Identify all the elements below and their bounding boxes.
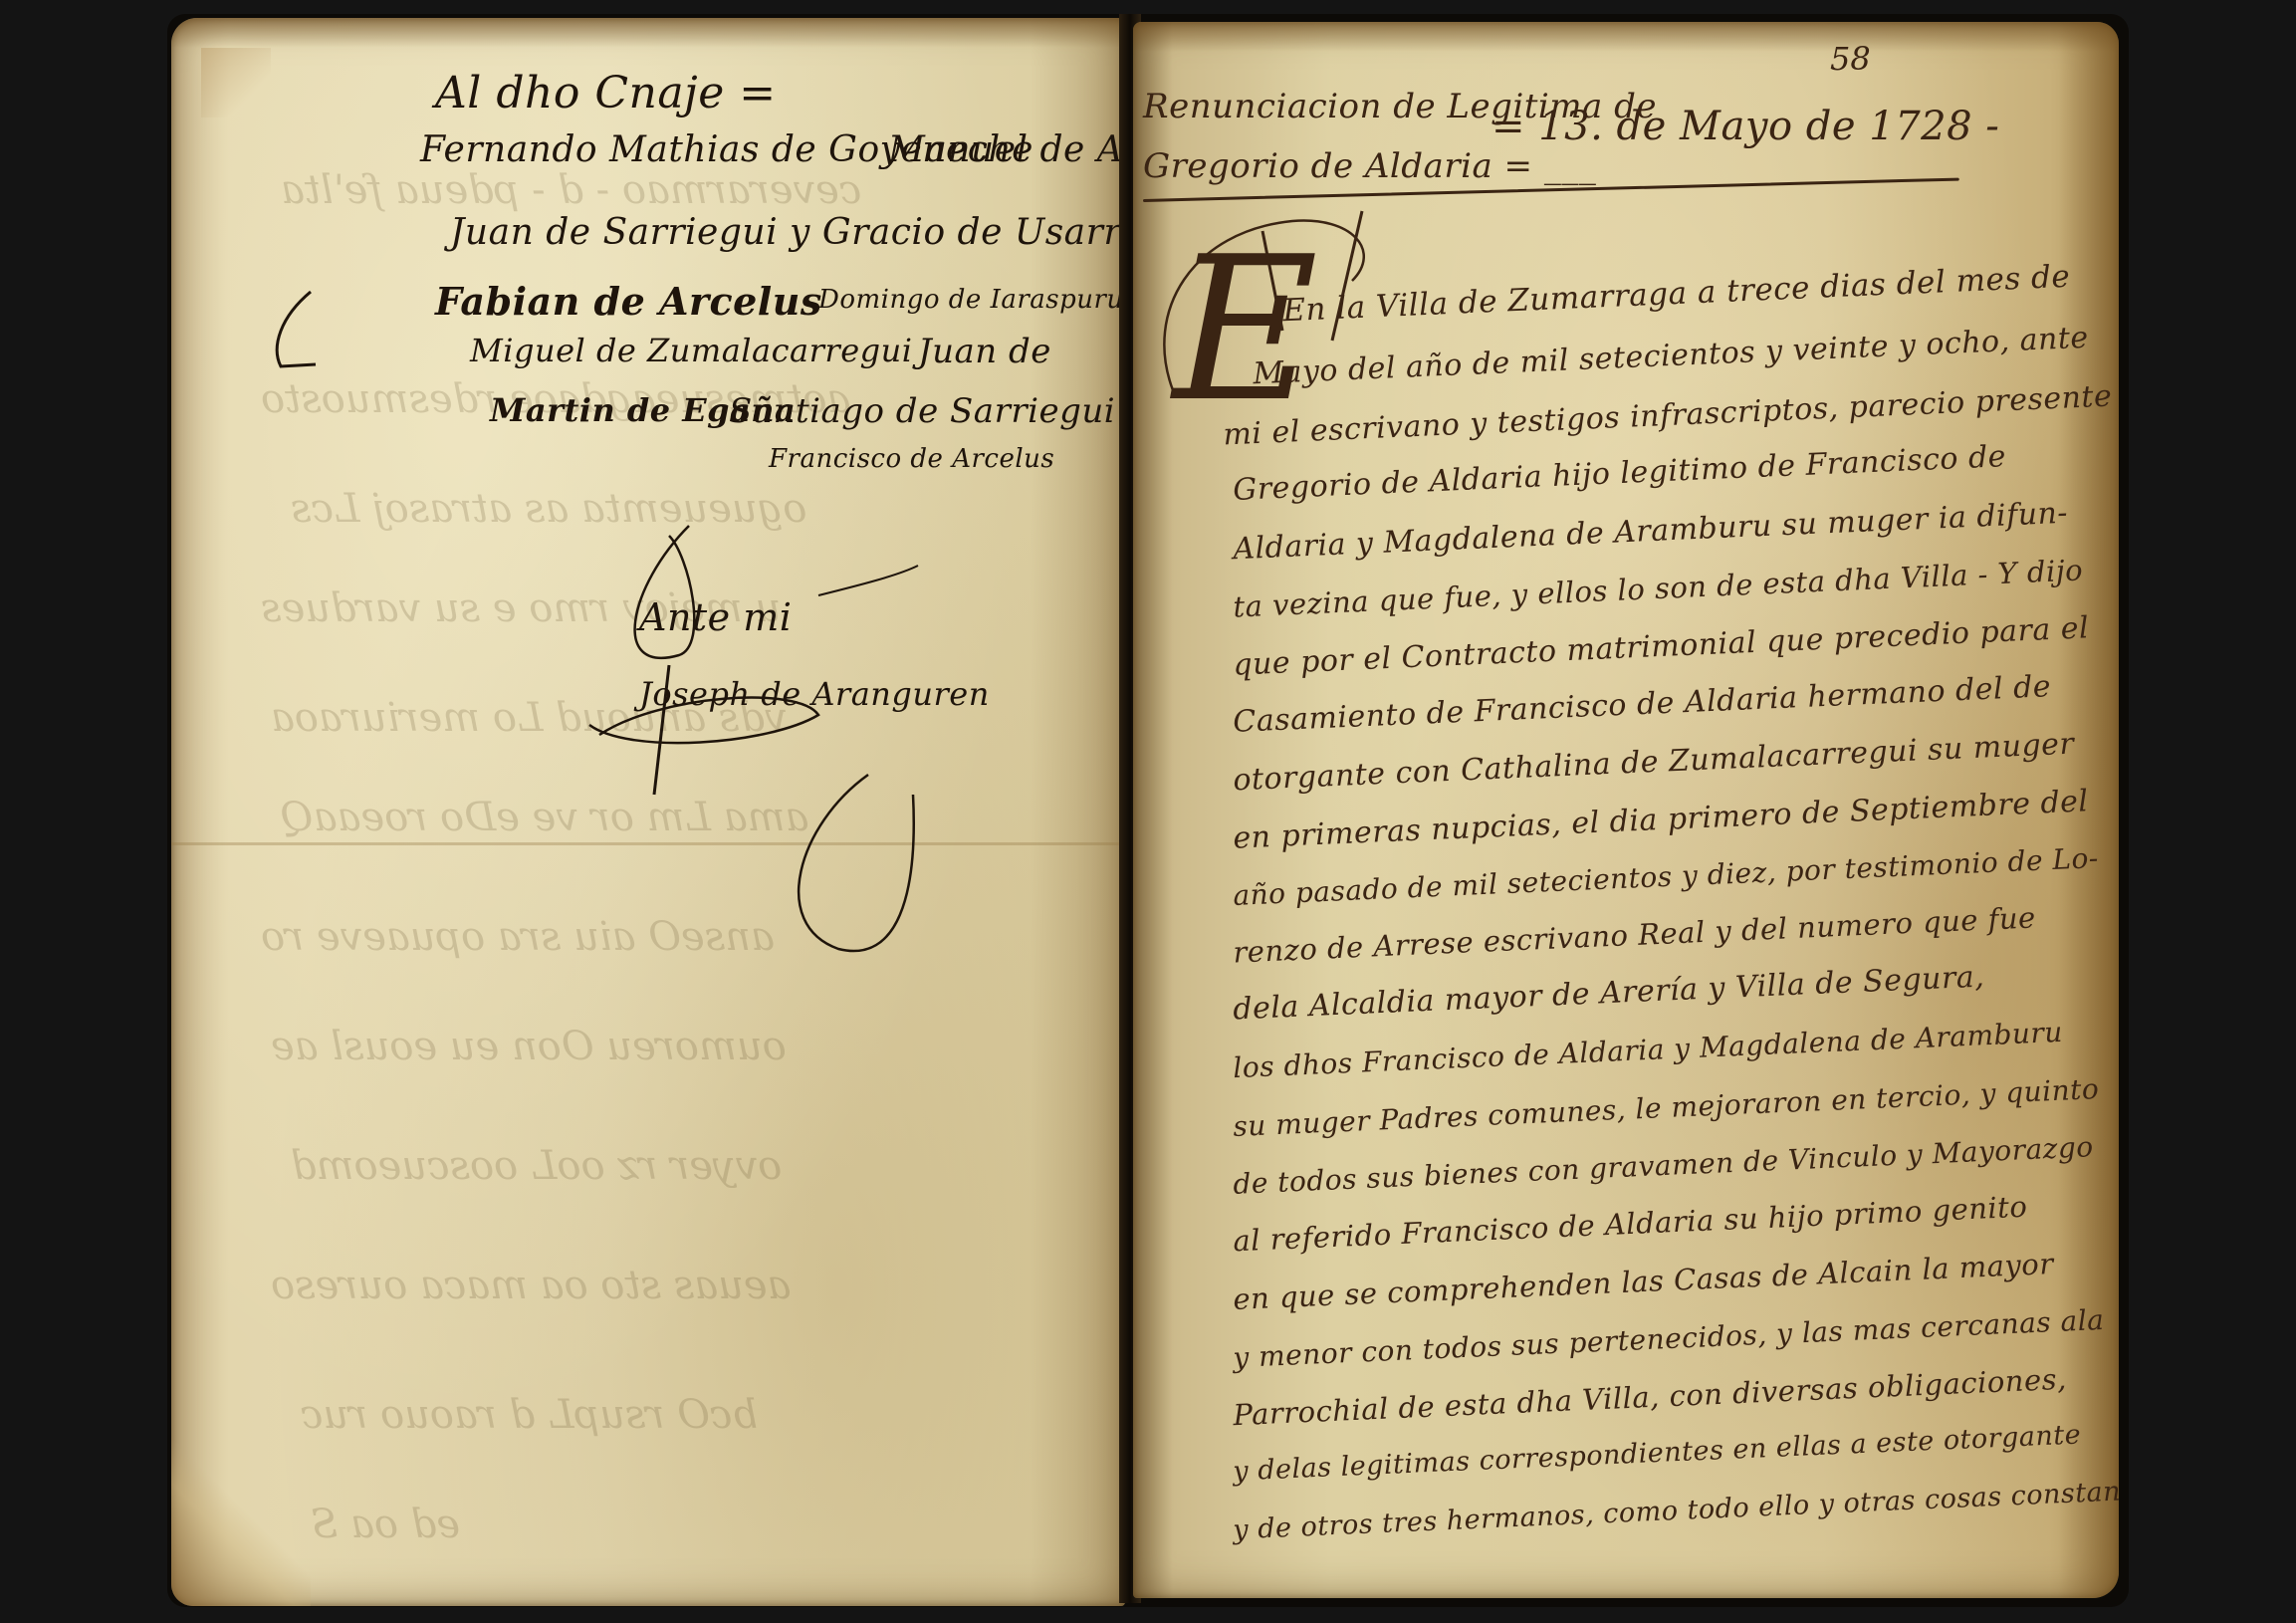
signature: Miguel de Zumalacarregui: [470, 332, 912, 369]
body-line: que por el Contracto matrimonial que pre…: [1233, 610, 2090, 682]
signature: Francisco de Arcelus: [769, 444, 1054, 474]
body-line: en primeras nupcias, el dia primero de S…: [1233, 784, 2090, 855]
signature: Juan de Sarriegui y Gracio de Usarraga: [450, 212, 1125, 253]
body-line: Parrochial de esta dha Villa, con divers…: [1233, 1362, 2068, 1433]
right-page: 58 Renunciacion de Legitima de Gregorio …: [1133, 22, 2119, 1598]
body-line: de todos sus bienes con gravamen de Vinc…: [1233, 1130, 2095, 1201]
body-line: año pasado de mil setecientos y diez, po…: [1233, 841, 2100, 912]
bracket-flourish: [271, 287, 331, 376]
body-line: su muger Padres comunes, le mejoraron en…: [1233, 1072, 2100, 1143]
body-line: Aldaria y Magdalena de Aramburu su muger…: [1233, 496, 2069, 568]
body-line: ta vezina que fue, y ellos lo son de est…: [1233, 553, 2084, 623]
left-page: ceverarmao - d - pdeua fe'lta aotmesueag…: [171, 18, 1125, 1606]
entry-title-line2: Gregorio de Aldaria = ___: [1143, 146, 1596, 186]
manuscript-photograph: ceverarmao - d - pdeua fe'lta aotmesueag…: [0, 0, 2296, 1623]
signature: Fabian de Arcelus: [435, 279, 822, 324]
body-line: en que se comprehenden las Casas de Alca…: [1233, 1247, 2055, 1316]
page-stain: [171, 18, 1125, 48]
signature-flourish: [570, 496, 948, 974]
corner-fold: [171, 1437, 311, 1606]
folio-number: 58: [1830, 40, 1871, 78]
signature: Manuel de Arcelus: [888, 129, 1125, 170]
body-line: Casamiento de Francisco de Aldaria herma…: [1233, 669, 2052, 740]
body-line: y de otros tres hermanos, como todo ello…: [1233, 1477, 2119, 1546]
body-line: y delas legitimas correspondientes en el…: [1233, 1419, 2082, 1487]
signature: Santiago de Sarriegui: [729, 391, 1115, 431]
corner-fold: [201, 48, 271, 117]
page-stain: [1133, 22, 2119, 52]
witness-heading: Al dho Cnaje =: [435, 68, 777, 118]
body-line: los dhos Francisco de Aldaria y Magdalen…: [1233, 1016, 2064, 1084]
body-line: Gregorio de Aldaria hijo legitimo de Fra…: [1233, 439, 2007, 508]
entry-date: = 13. de Mayo de 1728 -: [1492, 104, 1999, 149]
body-line: al referido Francisco de Aldaria su hijo…: [1233, 1190, 2028, 1259]
body-line: dela Alcaldia mayor de Arería y Villa de…: [1233, 960, 1985, 1028]
body-line: renzo de Arrese escrivano Real y del num…: [1233, 900, 2037, 969]
signature: Domingo de Iaraspuru: [818, 285, 1124, 315]
body-line: y menor con todos sus pertenecidos, y la…: [1233, 1303, 2105, 1374]
signature: Juan de: [918, 332, 1051, 371]
body-line: otorgante con Cathalina de Zumalacarregu…: [1233, 727, 2075, 799]
